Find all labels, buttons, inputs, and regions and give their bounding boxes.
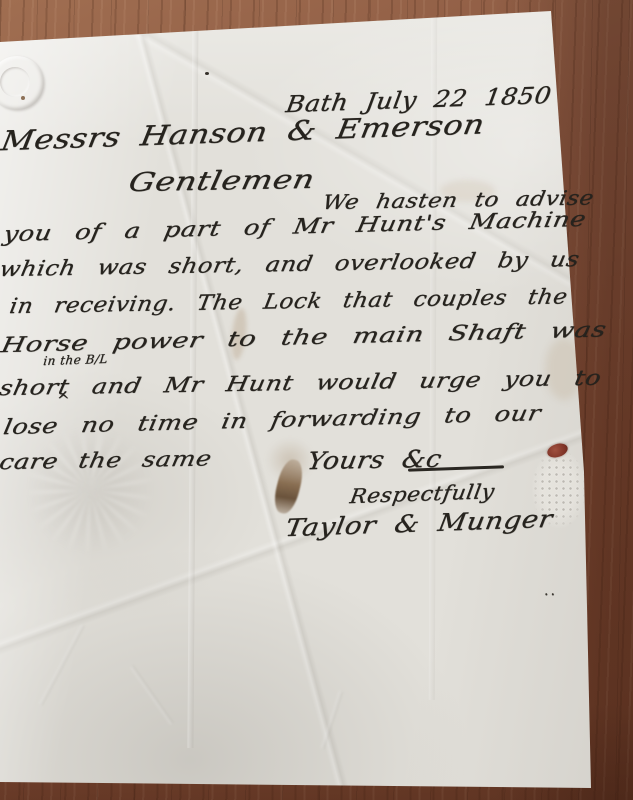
body-line: which was short, and overlooked by us <box>0 247 582 281</box>
wood-table-surface: Bath July 22 1850 Messrs Hanson & Emerso… <box>0 0 633 800</box>
signature: Taylor & Munger <box>283 505 555 543</box>
body-line: short and Mr Hunt would urge you to <box>0 366 604 401</box>
body-line: Horse power to the main Shaft was <box>0 317 609 357</box>
body-line: you of a part of Mr Hunt's Machine <box>1 207 588 246</box>
addressee-line: Messrs Hanson & Emerson <box>0 109 487 157</box>
salutation: Gentlemen <box>126 165 317 198</box>
stray-ink-dots: .. <box>544 583 557 599</box>
insertion-caret: ^ <box>57 391 70 409</box>
respectfully-line: Respectfully <box>348 479 496 508</box>
handwritten-letter-text: Bath July 22 1850 Messrs Hanson & Emerso… <box>0 0 633 800</box>
body-line: care the same <box>0 446 214 474</box>
body-line: lose no time in forwarding to our <box>1 401 543 439</box>
body-line: in receiving. The Lock that couples the <box>8 284 570 318</box>
interline-insertion-note: in the B/L <box>43 352 109 368</box>
